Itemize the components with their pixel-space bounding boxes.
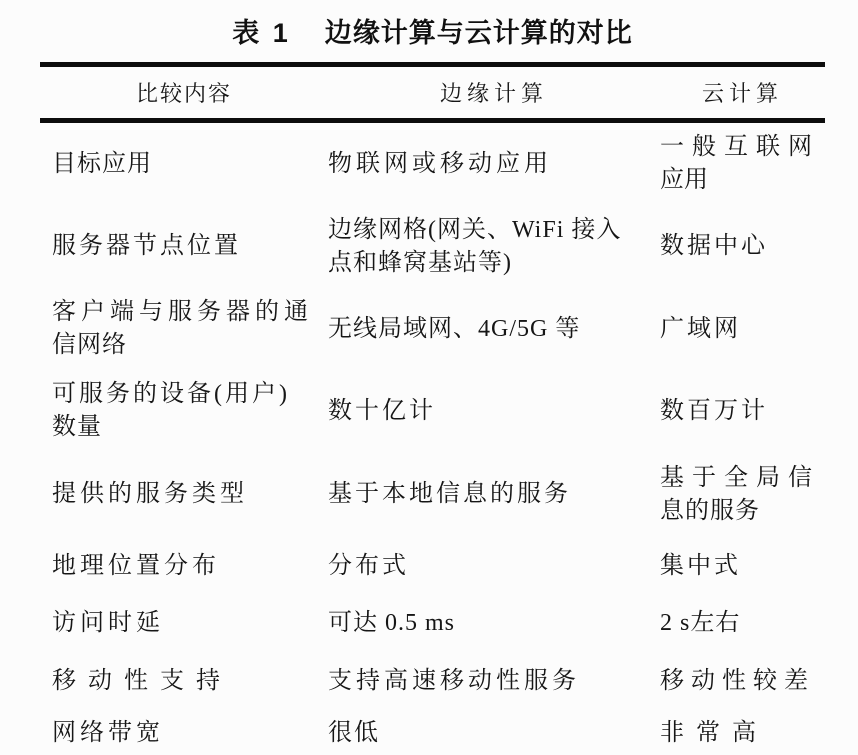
cell-line: 提供的服务类型 bbox=[52, 478, 328, 511]
cell-line: 数十亿计 bbox=[328, 395, 660, 428]
table-cell-cloud: 集中式 bbox=[660, 550, 825, 583]
table-title: 表 1边缘计算与云计算的对比 bbox=[40, 11, 825, 50]
cell-line: 信网络 bbox=[52, 329, 328, 362]
cell-line: 2 s左右 bbox=[660, 607, 825, 640]
table-row: 提供的服务类型基于本地信息的服务基于全局信息的服务 bbox=[40, 452, 825, 537]
table-row: 可服务的设备(用户)数量数十亿计数百万计 bbox=[40, 370, 825, 452]
cell-line: 无线局域网、4G/5G 等 bbox=[328, 313, 660, 346]
cell-line: 息的服务 bbox=[660, 495, 825, 528]
table-cell-compare: 服务器节点位置 bbox=[40, 230, 328, 263]
table-cell-edge: 无线局域网、4G/5G 等 bbox=[328, 313, 660, 346]
cell-line: 分布式 bbox=[328, 550, 660, 583]
table-cell-edge: 分布式 bbox=[328, 550, 660, 583]
table-number: 表 1 bbox=[232, 18, 291, 48]
cell-line: 很低 bbox=[328, 717, 660, 750]
cell-line: 数量 bbox=[52, 411, 328, 444]
table-cell-cloud: 非常高 bbox=[660, 717, 825, 750]
cell-line: 广域网 bbox=[660, 313, 825, 346]
cell-line: 非常高 bbox=[660, 717, 825, 750]
cell-line: 点和蜂窝基站等) bbox=[328, 247, 660, 280]
cell-line: 访问时延 bbox=[52, 607, 328, 640]
cell-line: 应用 bbox=[660, 164, 825, 197]
table-cell-cloud: 移动性较差 bbox=[660, 665, 825, 698]
cell-line: 集中式 bbox=[660, 550, 825, 583]
table-cell-edge: 物联网或移动应用 bbox=[328, 148, 660, 181]
table-body: 目标应用物联网或移动应用一般互联网应用服务器节点位置边缘网格(网关、WiFi 接… bbox=[40, 123, 825, 755]
table-cell-cloud: 基于全局信息的服务 bbox=[660, 462, 825, 528]
cell-line: 边缘网格(网关、WiFi 接入 bbox=[328, 214, 660, 247]
table-cell-compare: 目标应用 bbox=[40, 148, 328, 181]
table-row: 地理位置分布分布式集中式 bbox=[40, 537, 825, 595]
cell-line: 网络带宽 bbox=[52, 717, 328, 750]
cell-line: 基于本地信息的服务 bbox=[328, 478, 660, 511]
cell-line: 物联网或移动应用 bbox=[328, 148, 660, 181]
table-cell-compare: 访问时延 bbox=[40, 607, 328, 640]
table-row: 访问时延可达 0.5 ms2 s左右 bbox=[40, 595, 825, 652]
table-cell-cloud: 一般互联网应用 bbox=[660, 131, 825, 197]
table-cell-edge: 很低 bbox=[328, 717, 660, 750]
cell-line: 可达 0.5 ms bbox=[328, 607, 660, 640]
cell-line: 移动性较差 bbox=[660, 665, 825, 698]
table-cell-compare: 客户端与服务器的通信网络 bbox=[40, 296, 328, 362]
table-row: 目标应用物联网或移动应用一般互联网应用 bbox=[40, 123, 825, 205]
table-row: 服务器节点位置边缘网格(网关、WiFi 接入点和蜂窝基站等)数据中心 bbox=[40, 205, 825, 288]
table-cell-cloud: 2 s左右 bbox=[660, 607, 825, 640]
table-header-row: 比较内容边缘计算云计算 bbox=[40, 67, 825, 118]
cell-line: 基于全局信 bbox=[660, 462, 825, 495]
table-cell-cloud: 数百万计 bbox=[660, 395, 825, 428]
table-cell-edge: 数十亿计 bbox=[328, 395, 660, 428]
column-header-compare: 比较内容 bbox=[40, 77, 328, 108]
column-header-cloud: 云计算 bbox=[660, 77, 825, 108]
cell-line: 地理位置分布 bbox=[52, 550, 328, 583]
table-cell-compare: 移动性支持 bbox=[40, 665, 328, 698]
scanned-table-page: 表 1边缘计算与云计算的对比 比较内容边缘计算云计算 目标应用物联网或移动应用一… bbox=[0, 0, 858, 755]
table-cell-compare: 地理位置分布 bbox=[40, 550, 328, 583]
table-cell-cloud: 数据中心 bbox=[660, 230, 825, 263]
table-cell-edge: 边缘网格(网关、WiFi 接入点和蜂窝基站等) bbox=[328, 214, 660, 280]
table-row: 客户端与服务器的通信网络无线局域网、4G/5G 等广域网 bbox=[40, 288, 825, 370]
table-row: 移动性支持支持高速移动性服务移动性较差 bbox=[40, 652, 825, 710]
table-row: 网络带宽很低非常高 bbox=[40, 710, 825, 755]
comparison-table: 比较内容边缘计算云计算 目标应用物联网或移动应用一般互联网应用服务器节点位置边缘… bbox=[40, 62, 825, 755]
table-cell-compare: 可服务的设备(用户)数量 bbox=[40, 378, 328, 444]
cell-line: 支持高速移动性服务 bbox=[328, 665, 660, 698]
column-header-edge: 边缘计算 bbox=[328, 77, 660, 108]
cell-line: 一般互联网 bbox=[660, 131, 825, 164]
table-cell-cloud: 广域网 bbox=[660, 313, 825, 346]
cell-line: 数据中心 bbox=[660, 230, 825, 263]
table-cell-edge: 可达 0.5 ms bbox=[328, 607, 660, 640]
table-title-text: 边缘计算与云计算的对比 bbox=[325, 18, 633, 48]
cell-line: 服务器节点位置 bbox=[52, 230, 328, 263]
cell-line: 目标应用 bbox=[52, 148, 328, 181]
table-cell-compare: 网络带宽 bbox=[40, 717, 328, 750]
cell-line: 客户端与服务器的通 bbox=[52, 296, 328, 329]
cell-line: 可服务的设备(用户) bbox=[52, 378, 328, 411]
table-cell-edge: 基于本地信息的服务 bbox=[328, 478, 660, 511]
table-cell-compare: 提供的服务类型 bbox=[40, 478, 328, 511]
cell-line: 移动性支持 bbox=[52, 665, 328, 698]
table-cell-edge: 支持高速移动性服务 bbox=[328, 665, 660, 698]
cell-line: 数百万计 bbox=[660, 395, 825, 428]
